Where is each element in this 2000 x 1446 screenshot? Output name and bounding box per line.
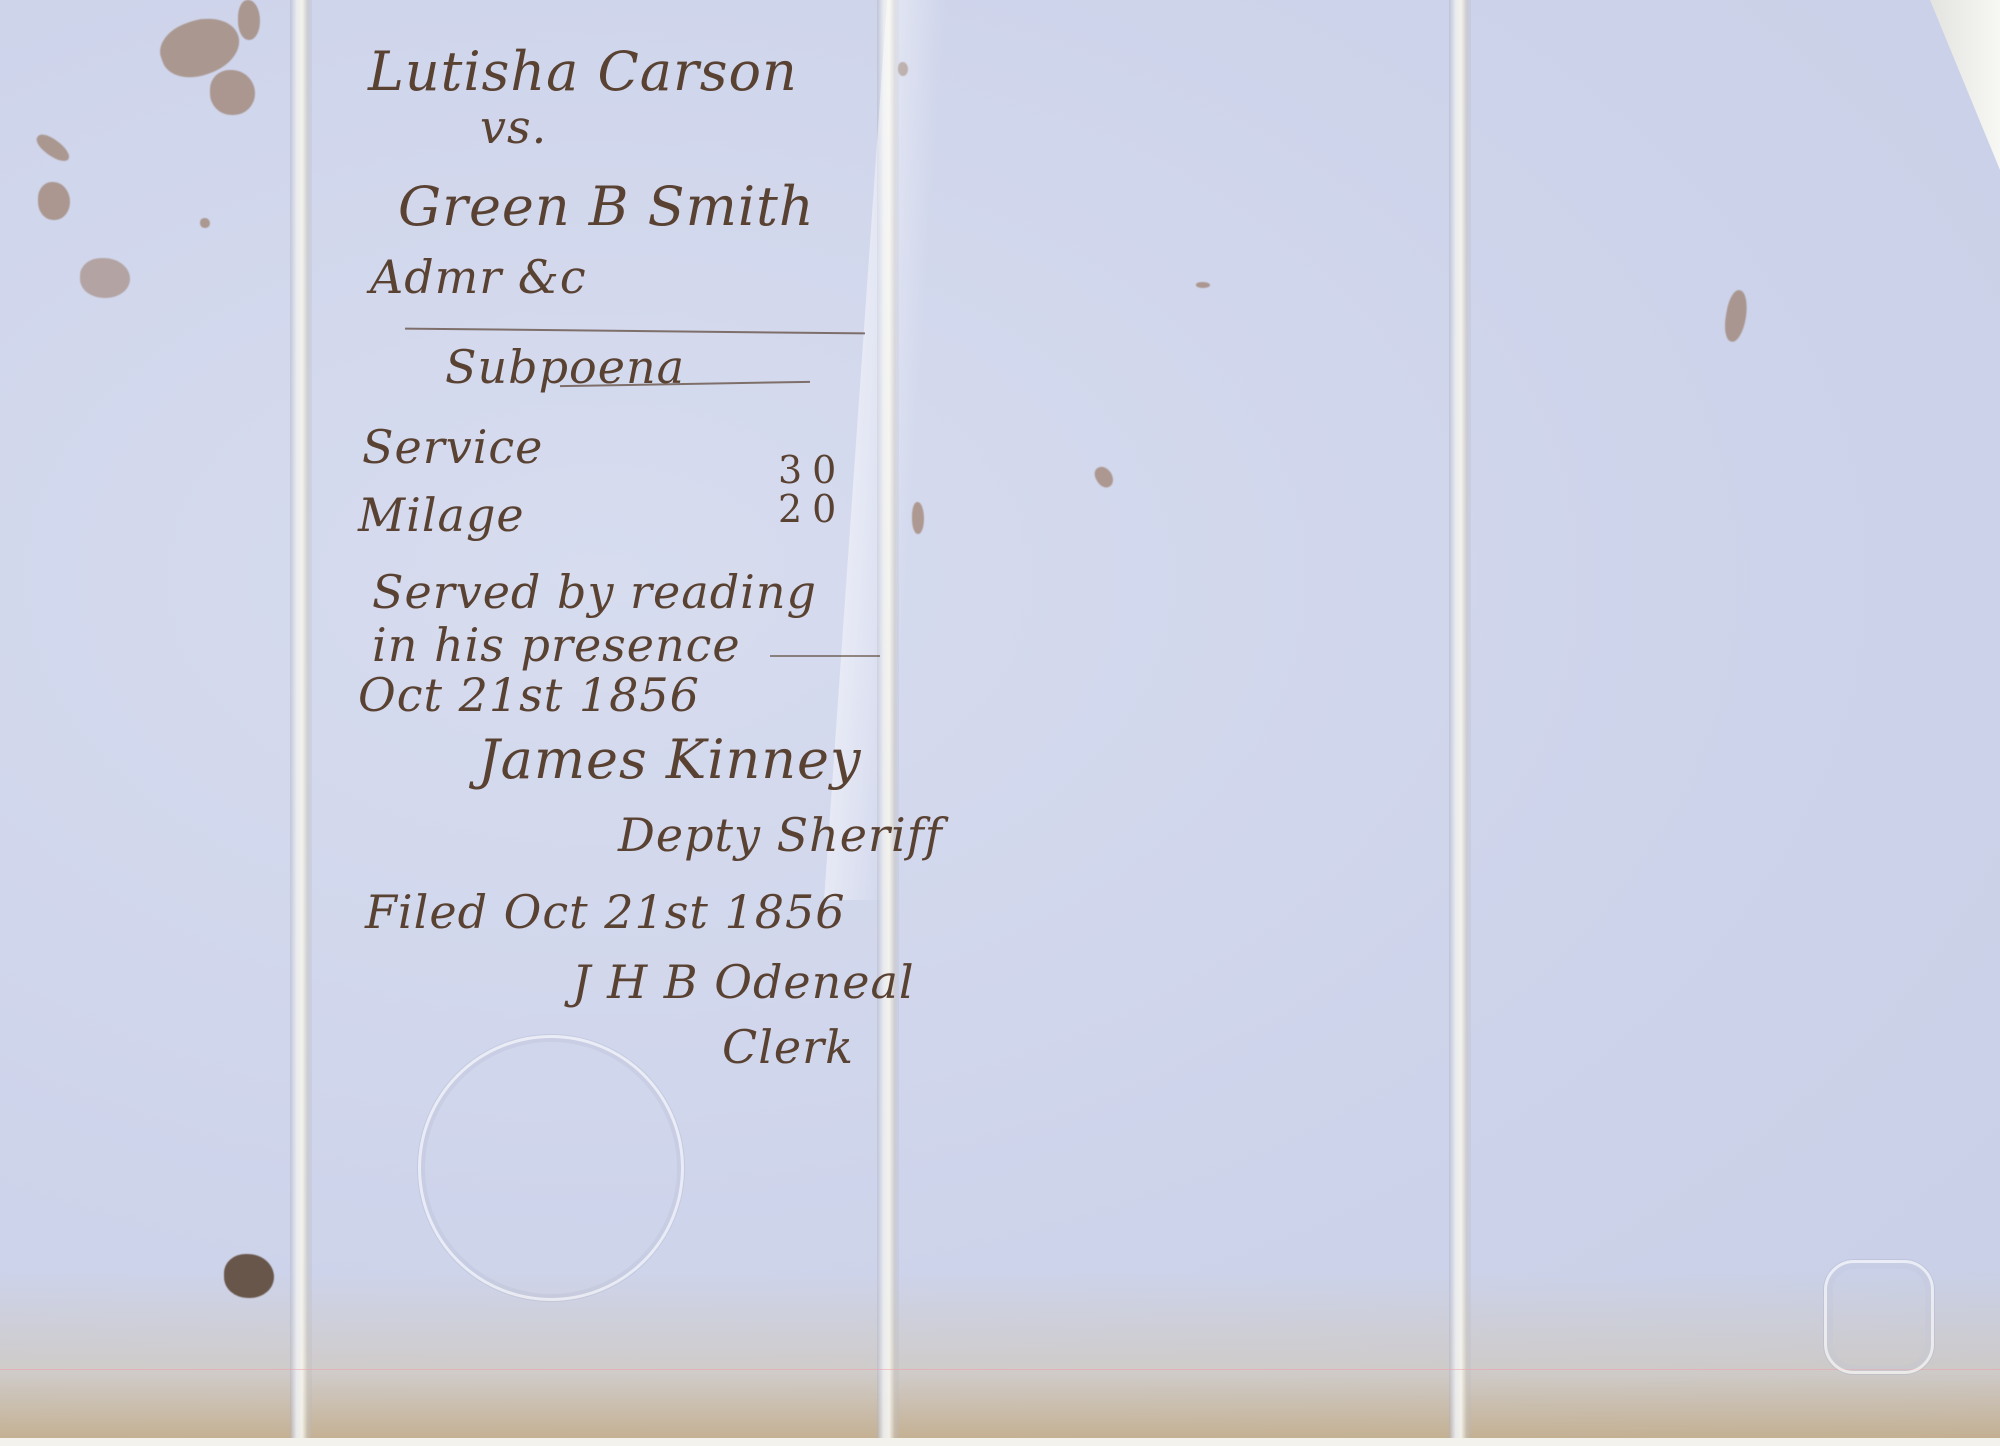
defendant-role: Admr &c <box>370 250 587 304</box>
fold-line-right <box>1449 0 1471 1438</box>
stain-left-3 <box>80 258 130 298</box>
versus-label: vs. <box>480 100 547 154</box>
filing-line: Filed Oct 21st 1856 <box>365 885 846 939</box>
fee-label-milage: Milage <box>358 488 525 542</box>
faint-ruled-line <box>0 1369 2000 1370</box>
return-line-2: in his presence <box>372 618 741 672</box>
stain-left-2 <box>38 182 70 220</box>
embossed-stamp <box>1824 1260 1934 1374</box>
plaintiff-name: Lutisha Carson <box>368 40 798 103</box>
stain-center-1 <box>912 502 924 534</box>
fee-label-service: Service <box>362 420 543 474</box>
embossed-seal <box>418 1035 684 1301</box>
stain-left-1 <box>33 131 73 166</box>
defendant-name: Green B Smith <box>398 175 815 238</box>
officer-signature: James Kinney <box>478 728 862 791</box>
officer-title: Depty Sheriff <box>618 808 943 862</box>
paper-bottom-edge <box>0 1438 2000 1446</box>
document-sheet: Lutisha Carson vs. Green B Smith Admr &c… <box>0 0 2000 1446</box>
stain-top-left-2 <box>210 70 255 115</box>
stain-center-2 <box>1092 463 1117 490</box>
fee-amount-service: 30 <box>778 448 846 492</box>
caption-divider <box>405 328 865 335</box>
stain-fold-dot <box>898 62 908 76</box>
stain-left-4 <box>200 218 210 228</box>
stain-center-3 <box>1196 282 1210 288</box>
clerk-signature: J H B Odeneal <box>572 955 915 1009</box>
stain-right-1 <box>1722 289 1751 344</box>
fold-line-center <box>877 0 899 1438</box>
clerk-title: Clerk <box>722 1020 854 1074</box>
return-flourish <box>770 655 880 657</box>
fold-line-left <box>290 0 312 1438</box>
return-line-1: Served by reading <box>372 565 817 619</box>
return-date: Oct 21st 1856 <box>358 668 700 722</box>
folded-corner <box>1930 0 2000 170</box>
stain-top-left-3 <box>238 0 260 40</box>
ink-blot-bottom-left <box>224 1254 274 1298</box>
fee-amount-milage: 20 <box>778 487 846 531</box>
